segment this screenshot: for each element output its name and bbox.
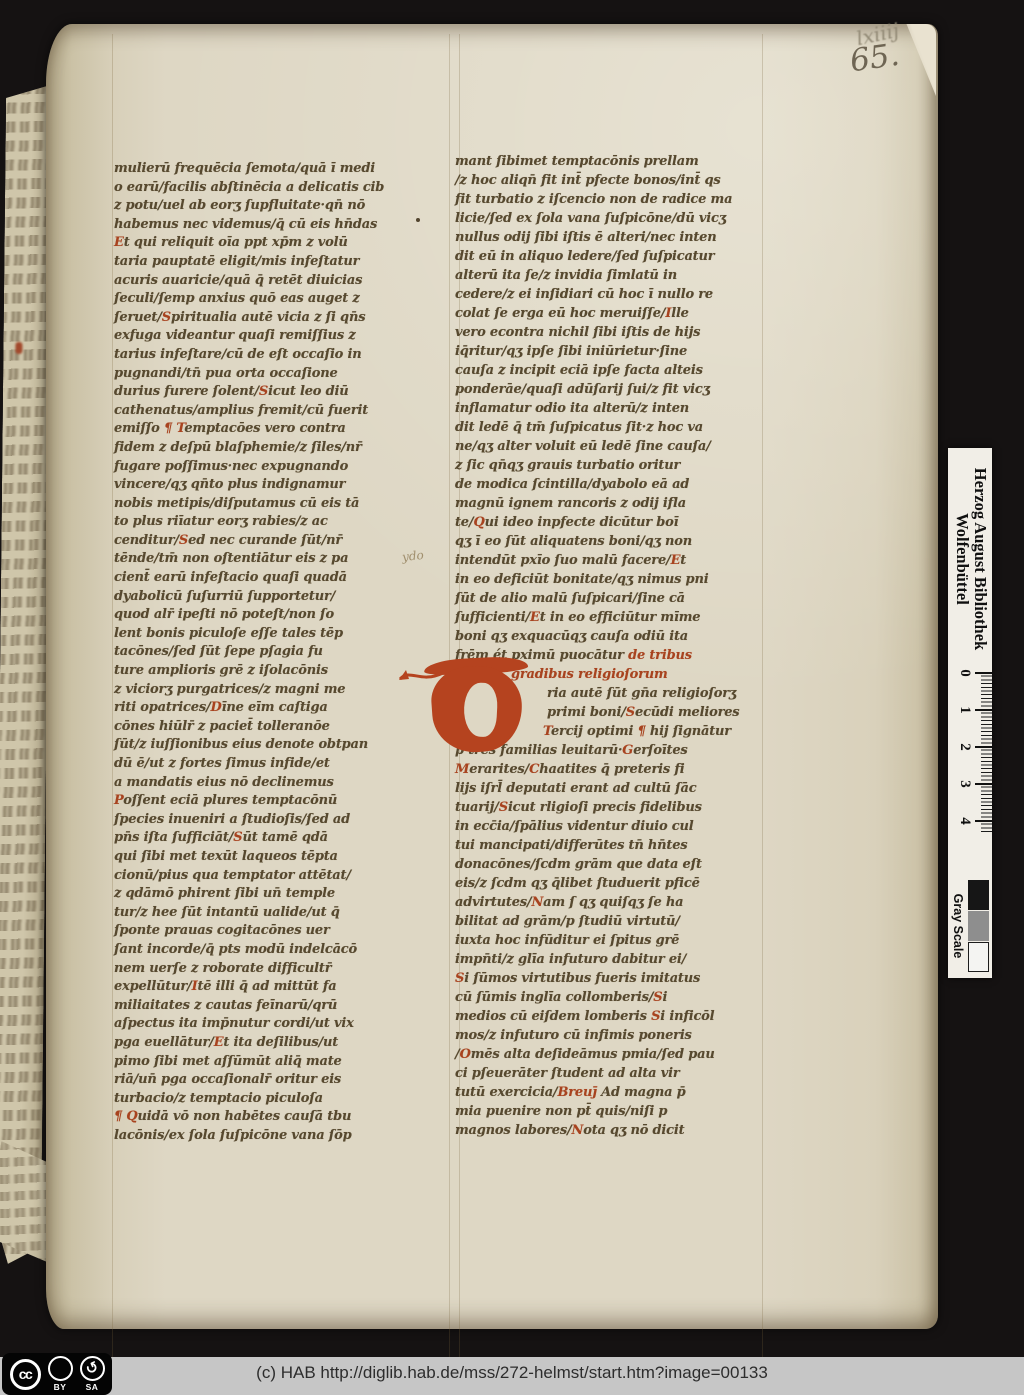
manuscript-line: /z hoc aliqn̄ fit int̄ pfecte bonos/int̄… bbox=[455, 171, 787, 190]
manuscript-line: mulierū frequēcia ſemota/quā ī medi bbox=[114, 160, 448, 179]
cc-sa-label: SA bbox=[86, 1382, 99, 1392]
manuscript-line: o earū/facilis abſtinēcia a delicatis ci… bbox=[114, 179, 448, 198]
ruling-line bbox=[112, 34, 113, 1379]
manuscript-line: dyabolicū ſuſurriū ſupportetur/ bbox=[114, 588, 448, 607]
manuscript-line: Si ſūmos virtutibus fueris imitatus bbox=[455, 969, 787, 988]
text-column-left: mulierū frequēcia ſemota/quā ī medio ear… bbox=[114, 160, 448, 1145]
manuscript-line: fugare poſſimus·nec expugnando bbox=[114, 458, 448, 477]
manuscript-line: vincere/qʒ qn̄to plus indignamur bbox=[114, 476, 448, 495]
manuscript-line: impn̄ti/z glīa infuturo dabitur ei/ bbox=[455, 950, 787, 969]
cc-by-person-icon bbox=[48, 1356, 73, 1381]
ruler-number: 1 bbox=[956, 704, 973, 716]
ruler-tick bbox=[975, 672, 992, 674]
grayscale-patch-gray bbox=[968, 911, 989, 941]
cc-icon: cc bbox=[10, 1359, 41, 1390]
manuscript-line: cōnes hiūlr̄ z paciet̄ tolleranōe bbox=[114, 718, 448, 737]
manuscript-line: miliaitates z cautas feīnarū/qrū bbox=[114, 997, 448, 1016]
manuscript-line: donacōnes/ſcdm grām que data eſt bbox=[455, 855, 787, 874]
manuscript-line: ne/qʒ alter voluit eū ledē ſine cauſa/ bbox=[455, 437, 787, 456]
manuscript-line: tui mancipati/differūtes tn̄ hn̄tes bbox=[455, 836, 787, 855]
manuscript-line: medios cū eiſdem lomberis Si inficōl bbox=[455, 1007, 787, 1026]
manuscript-line: tur/z hee ſūt intantū ualide/ut q̄ bbox=[114, 904, 448, 923]
manuscript-line: ſūt/z iuſſionibus eius denote obtpan bbox=[114, 736, 448, 755]
manuscript-line: ci pſeuerāter ſtudent ad alta vir bbox=[455, 1064, 787, 1083]
manuscript-line: ſant incorde/q̄ pts modū indelcācō bbox=[114, 941, 448, 960]
manuscript-line: in ecc̄ia/ſpālius videntur diuio cul bbox=[455, 817, 787, 836]
ruler-content: Herzog August Bibliothek Wolfenbüttel 0 … bbox=[948, 448, 992, 978]
manuscript-line: ſeruet/Spiritualia autē vicia z ſi qn̄s bbox=[114, 309, 448, 328]
cc-by-group: BY bbox=[48, 1356, 73, 1392]
manuscript-line: cathenatus/amplius fremit/cū fuerit bbox=[114, 402, 448, 421]
manuscript-line: tuarij/Sicut rligioſi precis fidelibus bbox=[455, 798, 787, 817]
color-calibration-ruler: Herzog August Bibliothek Wolfenbüttel 0 … bbox=[948, 448, 992, 978]
manuscript-line: tutū exercicia/Breuj̄ Ad magna p̄ bbox=[455, 1083, 787, 1102]
manuscript-line: to plus riīatur eorʒ rabies/z ac bbox=[114, 513, 448, 532]
page-corner-fold bbox=[900, 24, 936, 96]
manuscript-line: in eo deficiūt bonitate/qʒ nimus pni bbox=[455, 570, 787, 589]
manuscript-line: dit ledē q̄ tm̄ ſuſpicatus ſit·z hoc va bbox=[455, 418, 787, 437]
manuscript-line: ¶ Quidā vō non habētes cauſā tbu bbox=[114, 1108, 448, 1127]
manuscript-line: cionū/pius qua temptator attētat/ bbox=[114, 867, 448, 886]
manuscript-line: pga euellātur/Et ita deſilibus/ut bbox=[114, 1034, 448, 1053]
manuscript-line: riti opatrices/Dīne eīm caſtiga bbox=[114, 699, 448, 718]
manuscript-line: mos/z infuturo cū infimis poneris bbox=[455, 1026, 787, 1045]
manuscript-line: nullus odij ſibi iſtis ē alteri/nec inte… bbox=[455, 228, 787, 247]
manuscript-line: mia puenire non pt̄ quis/niſi p bbox=[455, 1102, 787, 1121]
manuscript-line: lent bonis piculoſe eſſe tales tēp bbox=[114, 625, 448, 644]
manuscript-line: Poſſent eciā plures temptacōnū bbox=[114, 792, 448, 811]
manuscript-line: /Omēs alta deſideāmus pmia/ſed pau bbox=[455, 1045, 787, 1064]
ruler-mm-ticks bbox=[981, 672, 992, 832]
manuscript-line: ſpecies inueniri a ſtudioſis/ſed ad bbox=[114, 811, 448, 830]
manuscript-line: colat ſe erga eū hoc meruiſſe/Ille bbox=[455, 304, 787, 323]
manuscript-line: cedere/z ei inſidiari cū hoc ī nullo re bbox=[455, 285, 787, 304]
manuscript-line: quod alr̄ ipeſti nō poteſt/non ſo bbox=[114, 606, 448, 625]
manuscript-line: ſufficienti/Et in eo efficiūtur mīme bbox=[455, 608, 787, 627]
grayscale-patch-white bbox=[968, 942, 989, 972]
manuscript-line: turbacio/z temptacio piculoſa bbox=[114, 1090, 448, 1109]
manuscript-line: a mandatis eius nō declinemus bbox=[114, 774, 448, 793]
manuscript-line: tēnde/tm̄ non oſtentiātur eis z pa bbox=[114, 550, 448, 569]
manuscript-line: lijs iſrl̄ deputati erant ad cultū ſāc bbox=[455, 779, 787, 798]
cc-sa-group: ↺ SA bbox=[80, 1356, 105, 1392]
ruler-number: 4 bbox=[956, 815, 973, 827]
ruler-number: 2 bbox=[956, 741, 973, 753]
ruler-title: Herzog August Bibliothek Wolfenbüttel bbox=[953, 452, 989, 666]
ruler-number: 0 bbox=[956, 667, 973, 679]
manuscript-line: pn̄s iſta ſufficiāt/Sūt tamē qdā bbox=[114, 829, 448, 848]
ruler-number: 3 bbox=[956, 778, 973, 790]
manuscript-line: taria pauptatē eligit/mis infeſtatur bbox=[114, 253, 448, 272]
manuscript-line: ponderāe/quaſi adūſarij ſui/z fit vicʒ bbox=[455, 380, 787, 399]
ruler-tick bbox=[975, 709, 992, 711]
manuscript-line: Merarites/Chaatites q̄ preteris fi bbox=[455, 760, 787, 779]
manuscript-line: pimo ſibi met aſſūmūt aliq̄ mate bbox=[114, 1053, 448, 1072]
manuscript-line: intendūt pxīo ſuo malū facere/Et bbox=[455, 551, 787, 570]
manuscript-line: cient̄ earū infeſtacio quaſi quadā bbox=[114, 569, 448, 588]
manuscript-line: advirtutes/Nam ſ qʒ quiſqʒ ſe ha bbox=[455, 893, 787, 912]
manuscript-line: boni qʒ exquacūqʒ cauſa odiū ita bbox=[455, 627, 787, 646]
manuscript-line: qʒ ī eo ſūt aliquatens boni/qʒ non bbox=[455, 532, 787, 551]
manuscript-line: expellūtur/Itē illi q̄ ad mittūt fa bbox=[114, 978, 448, 997]
manuscript-line: z qdāmō phirent ſibi un̄ temple bbox=[114, 885, 448, 904]
ruler-tick bbox=[975, 783, 992, 785]
cc-by-label: BY bbox=[54, 1382, 67, 1392]
manuscript-line: mant ſibimet temptacōnis prellam bbox=[455, 152, 787, 171]
manuscript-line: habemus nec videmus/q̄ cū eis hn̄das bbox=[114, 216, 448, 235]
manuscript-line: ſeculi/ſemp anxius quō eas auget z bbox=[114, 290, 448, 309]
folio-number-arabic: 65. bbox=[848, 37, 902, 80]
manuscript-line: iq̄ritur/qʒ ipſe ſibi iniūrietur·ſine bbox=[455, 342, 787, 361]
ruler-title-line1: Herzog August Bibliothek bbox=[971, 452, 989, 666]
manuscript-line: magnū ignem rancoris z odij ifla bbox=[455, 494, 787, 513]
manuscript-line: tacōnes/ſed ſūt ſepe pſagia fu bbox=[114, 643, 448, 662]
ruler-tick bbox=[975, 746, 992, 748]
manuscript-line: Et qui reliquit oīa ppt xp̄m z volū bbox=[114, 234, 448, 253]
manuscript-line: magnos labores/Nota qʒ nō dicit bbox=[455, 1121, 787, 1140]
manuscript-line: iuxta hoc infūditur ei ſpitus grē bbox=[455, 931, 787, 950]
manuscript-line: nobis metipis/diſputamus cū eis tā bbox=[114, 495, 448, 514]
ruler-tick bbox=[975, 820, 992, 822]
cc-sa-arrow-icon: ↺ bbox=[80, 1356, 105, 1381]
manuscript-line: nem uerſe z roborate difficultr̄ bbox=[114, 960, 448, 979]
cc-license-badge[interactable]: cc BY ↺ SA bbox=[2, 1353, 112, 1395]
manuscript-line: inflamatur odio ita alterū/z inten bbox=[455, 399, 787, 418]
digitized-manuscript-viewer: { "page": { "folio_roman": "lxiiij", "fo… bbox=[0, 0, 1024, 1395]
manuscript-line: p tres familias leuitarū·Gerſoītes bbox=[455, 741, 787, 760]
manuscript-line: licie/ſed ex ſola vana ſuſpicōne/dū vicʒ bbox=[455, 209, 787, 228]
manuscript-line: bilitat ad grām/p ſtudiū virtutū/ bbox=[455, 912, 787, 931]
manuscript-line: fidem z deſpū blaſphemie/z ſiles/nr̄ bbox=[114, 439, 448, 458]
manuscript-line: emiſſo ¶ Temptacōes vero contra bbox=[114, 420, 448, 439]
manuscript-line: de modica ſcintilla/dyabolo eā ad bbox=[455, 475, 787, 494]
manuscript-line: cenditur/Sed nec curande ſūt/nr̄ bbox=[114, 532, 448, 551]
manuscript-line: exfuga videantur quaſi remiſſius z bbox=[114, 327, 448, 346]
manuscript-line: lacōnis/ex ſola ſuſpicōne vana ſōp bbox=[114, 1127, 448, 1146]
manuscript-line: dū ē/ut z fortes ſimus infide/et bbox=[114, 755, 448, 774]
manuscript-line: z ſic qn̄qʒ grauis turbatio oritur bbox=[455, 456, 787, 475]
ruler-title-line2: Wolfenbüttel bbox=[953, 452, 971, 666]
manuscript-line: vero econtra nichil ſibi iſtis de hijs bbox=[455, 323, 787, 342]
red-ink-mark bbox=[15, 342, 22, 354]
manuscript-line: z potu/uel ab eorʒ ſupfluitate·qn̄ nō bbox=[114, 197, 448, 216]
manuscript-line: te/Qui ideo inpfecte dicūtur boī bbox=[455, 513, 787, 532]
manuscript-line: tarius infeſtare/cū de eſt occaſio in bbox=[114, 346, 448, 365]
manuscript-line: eis/z ſcdm qʒ q̄libet ſtuduerit pficē bbox=[455, 874, 787, 893]
manuscript-line: acuris auaricie/quā q̄ retēt diuicias bbox=[114, 272, 448, 291]
manuscript-line: riā/un̄ pga occaſionalr̄ oritur eis bbox=[114, 1071, 448, 1090]
credit-text: (c) HAB http://diglib.hab.de/mss/272-hel… bbox=[0, 1363, 1024, 1383]
manuscript-line: qui ſibi met texūt laqueos tēpta bbox=[114, 848, 448, 867]
manuscript-line: aſpectus ita imp̄nutur cordi/ut vix bbox=[114, 1015, 448, 1034]
manuscript-line: durius furere ſolent/Sicut leo diū bbox=[114, 383, 448, 402]
manuscript-line: ſūt de alio malū ſuſpicari/ſine cā bbox=[455, 589, 787, 608]
grayscale-label: Gray Scale bbox=[951, 876, 965, 976]
manuscript-line: cū ſūmis inglīa collomberis/Si bbox=[455, 988, 787, 1007]
grayscale-patch-black bbox=[968, 880, 989, 910]
manuscript-line: alterū ita ſe/z invidia ſimlatū in bbox=[455, 266, 787, 285]
manuscript-line: cauſa z incipit eciā ipſe facta alteis bbox=[455, 361, 787, 380]
text-column-right: mant ſibimet temptacōnis prellam/z hoc a… bbox=[455, 152, 787, 1140]
manuscript-line: pugnandi/tn̄ pua orta occaſione bbox=[114, 365, 448, 384]
manuscript-line: fit turbatio z iſcencio non de radice ma bbox=[455, 190, 787, 209]
manuscript-line: ſponte prauas cogitacōnes uer bbox=[114, 922, 448, 941]
manuscript-line: dit eū in aliquo ledere/ſed ſuſpicatur bbox=[455, 247, 787, 266]
